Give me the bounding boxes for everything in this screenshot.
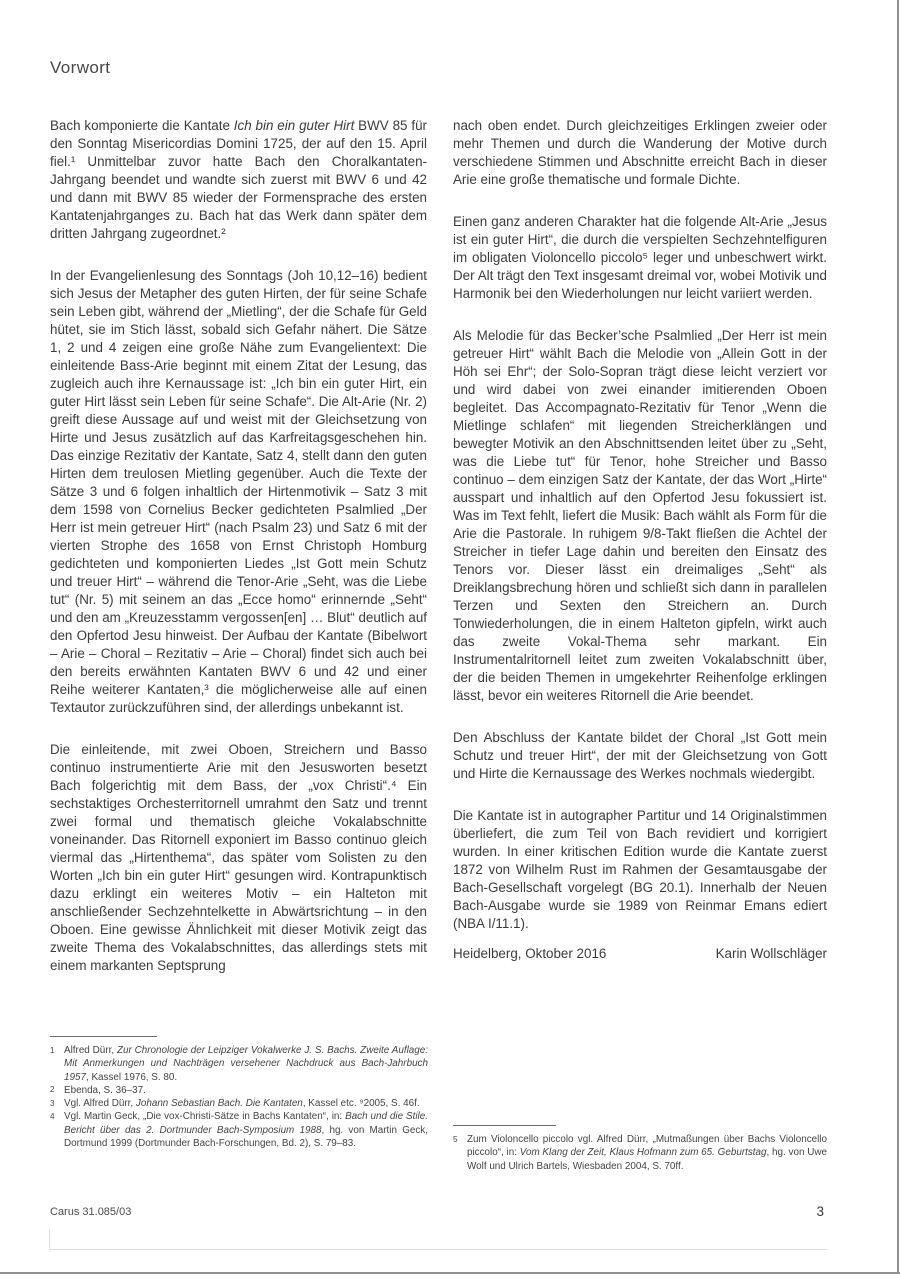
text-segment: Die Kantate ist in autographer Partitur …	[453, 808, 827, 931]
body-paragraph: Bach komponierte die Kantate Ich bin ein…	[50, 117, 427, 243]
text-segment: Den Abschluss der Kantate bildet der Cho…	[453, 730, 827, 781]
right-text-column: nach oben endet. Durch gleichzeitiges Er…	[453, 117, 827, 963]
footnote-marker: 2	[50, 1083, 64, 1096]
footnote: 4Vgl. Martin Geck, „Die vox-Christi-Sätz…	[50, 1110, 428, 1150]
body-paragraph: Als Melodie für das Becker’sche Psalmlie…	[453, 327, 827, 705]
signature-place-date: Heidelberg, Oktober 2016	[453, 945, 606, 963]
text-segment: , Kassel etc. ⁹2005, S. 46f.	[303, 1098, 420, 1109]
text-segment: In der Evangelienlesung des Sonntags (Jo…	[50, 268, 427, 715]
footnote-text: Vgl. Alfred Dürr, Johann Sebastian Bach.…	[64, 1097, 428, 1110]
footnote: 2Ebenda, S. 36–37.	[50, 1084, 428, 1097]
document-page: Vorwort Bach komponierte die Kantate Ich…	[0, 0, 900, 1278]
footer-catalog-number: Carus 31.085/03	[50, 1206, 131, 1218]
signature-author: Karin Wollschläger	[716, 945, 827, 963]
text-segment: Alfred Dürr,	[64, 1045, 117, 1056]
footnote-marker: 1	[50, 1044, 64, 1057]
body-paragraph: In der Evangelienlesung des Sonntags (Jo…	[50, 267, 427, 717]
right-footnotes: 5Zum Violoncello piccolo vgl. Alfred Dür…	[453, 1133, 827, 1173]
scan-edge-right-line	[897, 0, 899, 1274]
body-paragraph: Die einleitende, mit zwei Oboen, Streich…	[50, 741, 427, 975]
footnote-marker: 5	[453, 1133, 467, 1146]
text-segment: Einen ganz anderen Charakter hat die fol…	[453, 214, 827, 301]
footnote-text: Ebenda, S. 36–37.	[64, 1084, 428, 1097]
left-footnote-block: 1Alfred Dürr, Zur Chronologie der Leipzi…	[50, 1036, 428, 1150]
footnote-text: Zum Violoncello piccolo vgl. Alfred Dürr…	[467, 1133, 827, 1173]
footnote: 1Alfred Dürr, Zur Chronologie der Leipzi…	[50, 1044, 428, 1084]
scan-edge-bottom-line	[0, 1272, 900, 1274]
footnote: 5Zum Violoncello piccolo vgl. Alfred Dür…	[453, 1133, 827, 1173]
italic-text-segment: Vom Klang der Zeit, Klaus Hofmann zum 65…	[520, 1147, 767, 1158]
left-footnotes: 1Alfred Dürr, Zur Chronologie der Leipzi…	[50, 1044, 428, 1150]
text-segment: , Kassel 1976, S. 80.	[86, 1072, 177, 1083]
text-segment: Vgl. Alfred Dürr,	[64, 1098, 136, 1109]
italic-text-segment: Ich bin ein guter Hirt	[234, 118, 355, 133]
scan-artifact-box	[49, 1229, 827, 1250]
body-paragraph: Einen ganz anderen Charakter hat die fol…	[453, 213, 827, 303]
footnote-marker: 3	[50, 1097, 64, 1110]
left-text-column: Bach komponierte die Kantate Ich bin ein…	[50, 117, 427, 975]
text-segment: BWV 85 für den Sonntag Misericordias Dom…	[50, 118, 427, 241]
text-segment: Die einleitende, mit zwei Oboen, Streich…	[50, 742, 427, 973]
right-footnote-block: 5Zum Violoncello piccolo vgl. Alfred Dür…	[453, 1125, 827, 1173]
body-paragraph: Die Kantate ist in autographer Partitur …	[453, 807, 827, 933]
signature-row: Heidelberg, Oktober 2016 Karin Wollschlä…	[453, 945, 827, 963]
page-title: Vorwort	[50, 58, 110, 78]
text-segment: nach oben endet. Durch gleichzeitiges Er…	[453, 118, 827, 187]
footer-page-number: 3	[816, 1204, 824, 1219]
text-segment: Ebenda, S. 36–37.	[64, 1085, 146, 1096]
right-column-paragraphs: nach oben endet. Durch gleichzeitiges Er…	[453, 117, 827, 933]
text-segment: Bach komponierte die Kantate	[50, 118, 234, 133]
text-segment: Als Melodie für das Becker’sche Psalmlie…	[453, 328, 827, 703]
text-segment: Vgl. Martin Geck, „Die vox-Christi-Sätze…	[64, 1111, 345, 1122]
italic-text-segment: Johann Sebastian Bach. Die Kantaten	[136, 1098, 303, 1109]
body-paragraph: Den Abschluss der Kantate bildet der Cho…	[453, 729, 827, 783]
footnote-separator	[453, 1125, 556, 1126]
body-paragraph: nach oben endet. Durch gleichzeitiges Er…	[453, 117, 827, 189]
footnote-marker: 4	[50, 1110, 64, 1123]
footnote-text: Alfred Dürr, Zur Chronologie der Leipzig…	[64, 1044, 428, 1084]
footnote-text: Vgl. Martin Geck, „Die vox-Christi-Sätze…	[64, 1110, 428, 1150]
footnote-separator	[50, 1036, 157, 1037]
footnote: 3Vgl. Alfred Dürr, Johann Sebastian Bach…	[50, 1097, 428, 1110]
